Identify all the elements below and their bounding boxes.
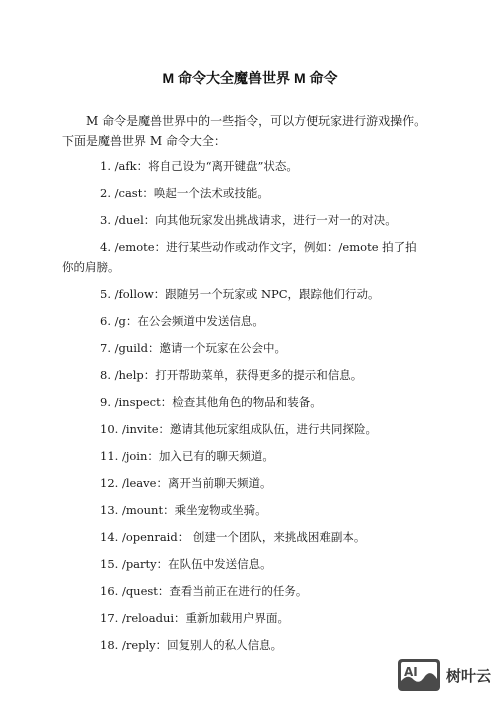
list-item: 7. /guild：邀请一个玩家在公会中。 xyxy=(62,338,462,358)
list-item: 15. /party：在队伍中发送信息。 xyxy=(62,554,462,574)
svg-text:AI: AI xyxy=(404,665,418,679)
list-item: 11. /join：加入已有的聊天频道。 xyxy=(62,446,462,466)
intro-line-1: M 命令是魔兽世界中的一些指令，可以方便玩家进行游戏操作。 xyxy=(62,111,482,131)
list-item: 17. /reloadui：重新加载用户界面。 xyxy=(62,608,462,628)
list-item: 4. /emote：进行某些动作或动作文字，例如：/emote 拍了拍 你的肩膀… xyxy=(62,237,462,277)
intro-paragraph: M 命令是魔兽世界中的一些指令，可以方便玩家进行游戏操作。 下面是魔兽世界 M … xyxy=(62,111,482,151)
list-item: 8. /help：打开帮助菜单，获得更多的提示和信息。 xyxy=(62,365,462,385)
list-item: 14. /openraid： 创建一个团队，来挑战困难副本。 xyxy=(62,527,462,547)
list-item-continuation: 你的肩膀。 xyxy=(62,257,462,277)
list-item: 6. /g：在公会频道中发送信息。 xyxy=(62,311,462,331)
list-item: 1. /afk：将自己设为“离开键盘”状态。 xyxy=(62,156,462,176)
list-item: 2. /cast：唤起一个法术或技能。 xyxy=(62,183,462,203)
list-item: 5. /follow：跟随另一个玩家或 NPC，跟踪他们行动。 xyxy=(62,284,462,304)
document-title: M 命令大全魔兽世界 M 命令 xyxy=(0,68,500,88)
intro-line-2: 下面是魔兽世界 M 命令大全： xyxy=(62,131,482,151)
list-item: 10. /invite：邀请其他玩家组成队伍，进行共同探险。 xyxy=(62,419,462,439)
watermark-brand: 树叶云 xyxy=(446,665,491,686)
list-item: 16. /quest：查看当前正在进行的任务。 xyxy=(62,581,462,601)
ai-logo-icon: AI xyxy=(398,659,440,691)
list-item: 12. /leave：离开当前聊天频道。 xyxy=(62,473,462,493)
list-item: 9. /inspect：检查其他角色的物品和装备。 xyxy=(62,392,462,412)
list-item: 13. /mount：乘坐宠物或坐骑。 xyxy=(62,500,462,520)
document-page: M 命令大全魔兽世界 M 命令 M 命令是魔兽世界中的一些指令，可以方便玩家进行… xyxy=(0,0,500,707)
list-item: 18. /reply：回复别人的私人信息。 xyxy=(62,635,462,655)
watermark: AI 树叶云 xyxy=(398,659,491,691)
list-item: 3. /duel：向其他玩家发出挑战请求，进行一对一的对决。 xyxy=(62,210,462,230)
